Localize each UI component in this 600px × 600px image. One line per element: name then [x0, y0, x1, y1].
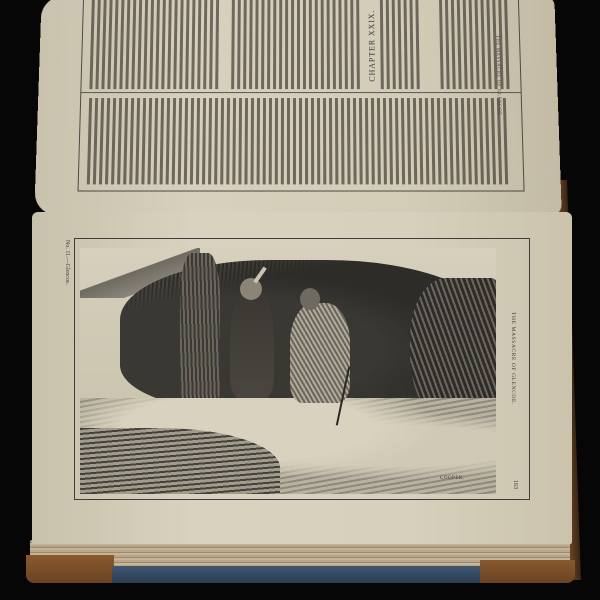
issue-label: No. 11.—Glencoe.: [64, 240, 70, 285]
page-number: 163: [512, 480, 518, 489]
text-column: [87, 98, 511, 184]
engraver-signature: COOPER.: [440, 476, 464, 481]
illustrated-page: No. 11.—Glencoe. COOPER. THE MASSACRE OF…: [32, 212, 572, 544]
photo-scene: CHAPTER XXIX. THE MASSACRE OF GLENCOE. N…: [0, 0, 600, 600]
text-column: [231, 0, 361, 89]
upper-page-text-frame: [77, 0, 524, 192]
column-rule: [81, 92, 520, 93]
chapter-heading: CHAPTER XXIX.: [367, 10, 377, 82]
engraving-figure-seated: [230, 288, 274, 398]
leather-cover-corner-right: [480, 560, 575, 583]
text-column: [380, 0, 421, 89]
cloth-cover-panel: [112, 566, 482, 583]
engraving-figure-head: [300, 288, 320, 310]
engraving-figure-head: [240, 278, 262, 300]
upper-page: CHAPTER XXIX. THE MASSACRE OF GLENCOE.: [34, 0, 562, 215]
engraving-illustration: COOPER.: [80, 248, 496, 494]
frame-rule: [74, 238, 75, 500]
text-column: [89, 0, 220, 89]
side-running-head: THE MASSACRE OF GLENCOE.: [510, 312, 516, 405]
engraving-figure-highlander: [290, 303, 350, 403]
engraving-tree-trunk: [180, 253, 220, 403]
leather-cover-corner-left: [26, 555, 114, 583]
